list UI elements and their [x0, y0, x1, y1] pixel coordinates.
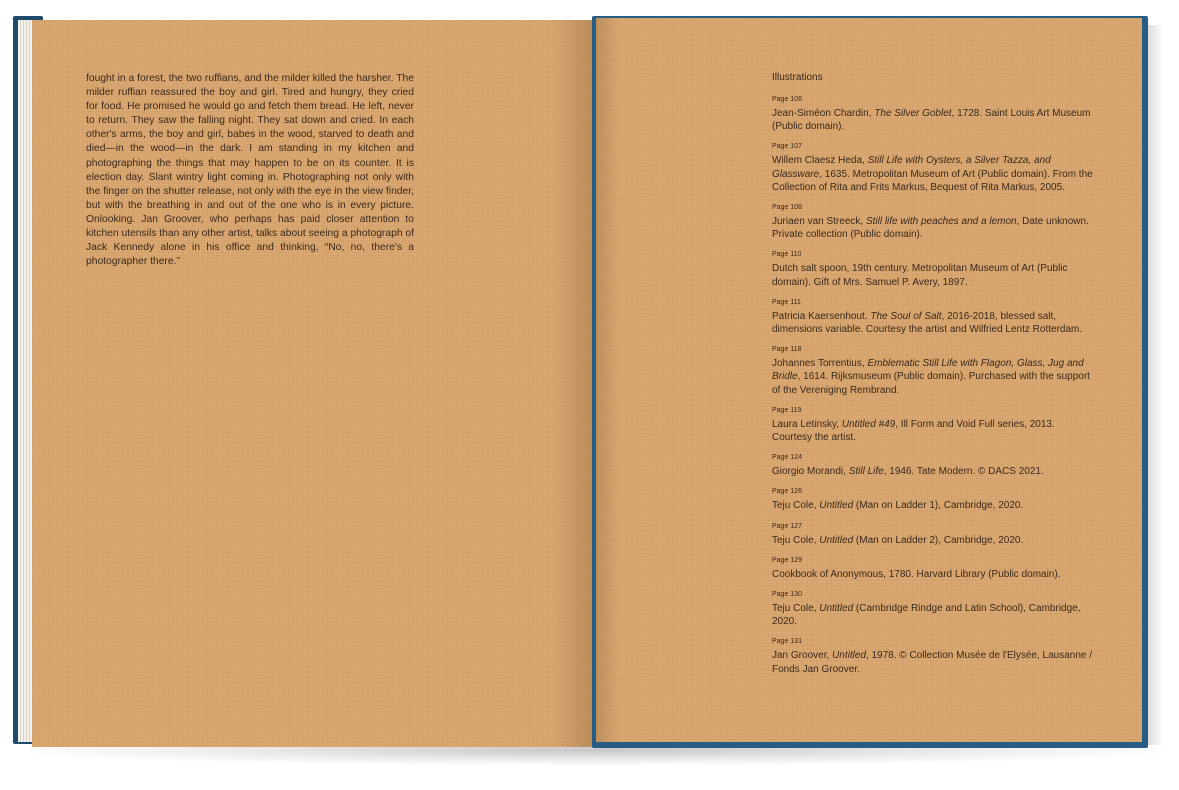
credit-entry: Page 118Johannes Torrentius, Emblematic … [772, 345, 1097, 397]
credit-text-tail: (Man on Ladder 1), Cambridge, 2020. [853, 500, 1023, 511]
page-reference: Page 118 [772, 345, 1097, 355]
credit-text: Cookbook of Anonymous, 1780. Harvard Lib… [772, 568, 1097, 581]
page-reference: Page 111 [772, 298, 1097, 308]
artwork-title: Untitled [819, 500, 853, 511]
credit-text-lead: Jan Groover, [772, 650, 832, 661]
credit-text-lead: Cookbook of Anonymous, 1780. Harvard Lib… [772, 569, 1060, 580]
left-page: fought in a forest, the two ruffians, an… [32, 20, 592, 747]
gutter-shade [552, 20, 592, 747]
artwork-title: Untitled [819, 603, 853, 614]
section-title: Illustrations [772, 72, 1097, 83]
artwork-title: Still Life [849, 466, 884, 477]
credit-text-lead: Willem Claesz Heda, [772, 155, 868, 166]
page-reference: Page 126 [772, 487, 1097, 497]
credit-text-tail: , 1946. Tate Modern. © DACS 2021. [884, 466, 1044, 477]
credit-text: Willem Claesz Heda, Still Life with Oyst… [772, 154, 1097, 194]
credit-entry: Page 119Laura Letinsky, Untitled #49, Il… [772, 406, 1097, 444]
credit-text-lead: Johannes Torrentius, [772, 358, 867, 369]
credit-text-lead: Teju Cole, [772, 603, 819, 614]
page-reference: Page 131 [772, 637, 1097, 647]
credit-entry: Page 124Giorgio Morandi, Still Life, 194… [772, 453, 1097, 478]
artwork-title: The Soul of Salt [870, 311, 941, 322]
credit-text-lead: Teju Cole, [772, 535, 819, 546]
credits-list: Page 106Jean-Siméon Chardin, The Silver … [772, 95, 1097, 676]
open-book: fought in a forest, the two ruffians, an… [0, 0, 1179, 790]
credit-text-lead: Laura Letinsky, [772, 419, 842, 430]
artwork-title: Untitled [819, 535, 853, 546]
page-reference: Page 124 [772, 453, 1097, 463]
credit-text-lead: Giorgio Morandi, [772, 466, 849, 477]
credit-text-lead: Juriaen van Streeck, [772, 216, 866, 227]
credit-text-tail: , 1614. Rijksmuseum (Public domain). Pur… [772, 371, 1090, 395]
credit-text-lead: Teju Cole, [772, 500, 819, 511]
page-reference: Page 130 [772, 590, 1097, 600]
artwork-title: Untitled #49 [842, 419, 895, 430]
page-reference: Page 106 [772, 95, 1097, 105]
credit-text: Dutch salt spoon, 19th century. Metropol… [772, 262, 1097, 288]
artwork-title: The Silver Goblet [874, 108, 951, 119]
right-page: Illustrations Page 106Jean-Siméon Chardi… [596, 18, 1142, 742]
page-reference: Page 108 [772, 203, 1097, 213]
credit-text: Johannes Torrentius, Emblematic Still Li… [772, 357, 1097, 397]
credit-text: Jan Groover, Untitled, 1978. © Collectio… [772, 649, 1097, 675]
credit-text: Juriaen van Streeck, Still life with pea… [772, 215, 1097, 241]
page-reference: Page 119 [772, 406, 1097, 416]
artwork-title: Still life with peaches and a lemon [866, 216, 1017, 227]
credit-text: Teju Cole, Untitled (Man on Ladder 1), C… [772, 499, 1097, 512]
credit-text: Giorgio Morandi, Still Life, 1946. Tate … [772, 465, 1097, 478]
gutter-shade [596, 18, 620, 742]
credit-entry: Page 127Teju Cole, Untitled (Man on Ladd… [772, 522, 1097, 547]
credit-entry: Page 131Jan Groover, Untitled, 1978. © C… [772, 637, 1097, 675]
credit-text: Laura Letinsky, Untitled #49, Ill Form a… [772, 418, 1097, 444]
credit-entry: Page 129Cookbook of Anonymous, 1780. Har… [772, 556, 1097, 581]
credit-entry: Page 106Jean-Siméon Chardin, The Silver … [772, 95, 1097, 133]
page-reference: Page 107 [772, 142, 1097, 152]
credit-text-lead: Jean-Siméon Chardin, [772, 108, 874, 119]
page-reference: Page 129 [772, 556, 1097, 566]
credit-entry: Page 130Teju Cole, Untitled (Cambridge R… [772, 590, 1097, 628]
credit-text-tail: (Man on Ladder 2), Cambridge, 2020. [853, 535, 1023, 546]
credit-text-tail: , 1635. Metropolitan Museum of Art (Publ… [772, 169, 1093, 193]
book-side-shadow [1146, 25, 1164, 745]
credit-entry: Page 108Juriaen van Streeck, Still life … [772, 203, 1097, 241]
page-reference: Page 110 [772, 250, 1097, 260]
credit-text-lead: Patricia Kaersenhout. [772, 311, 870, 322]
body-paragraph: fought in a forest, the two ruffians, an… [86, 72, 414, 269]
credit-entry: Page 107Willem Claesz Heda, Still Life w… [772, 142, 1097, 194]
credit-text-lead: Dutch salt spoon, 19th century. Metropol… [772, 263, 1068, 287]
credit-text: Jean-Siméon Chardin, The Silver Goblet, … [772, 107, 1097, 133]
illustrations-credits: Illustrations Page 106Jean-Siméon Chardi… [772, 72, 1097, 685]
credit-entry: Page 126Teju Cole, Untitled (Man on Ladd… [772, 487, 1097, 512]
credit-entry: Page 110Dutch salt spoon, 19th century. … [772, 250, 1097, 288]
credit-text: Patricia Kaersenhout. The Soul of Salt, … [772, 310, 1097, 336]
credit-entry: Page 111Patricia Kaersenhout. The Soul o… [772, 298, 1097, 336]
page-reference: Page 127 [772, 522, 1097, 532]
credit-text: Teju Cole, Untitled (Cambridge Rindge an… [772, 602, 1097, 628]
credit-text: Teju Cole, Untitled (Man on Ladder 2), C… [772, 534, 1097, 547]
artwork-title: Untitled [832, 650, 866, 661]
